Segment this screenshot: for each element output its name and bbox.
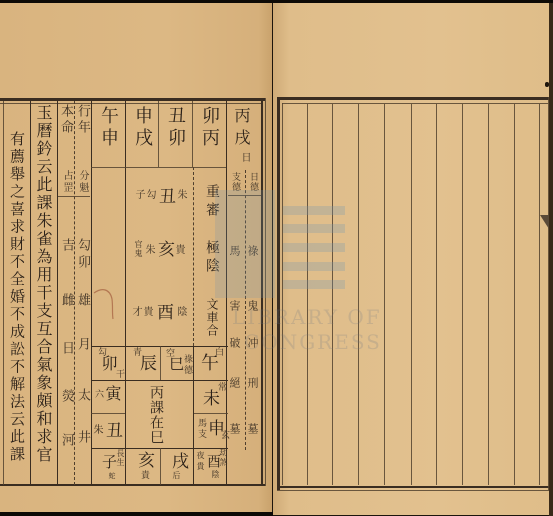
plate-branch: 寅 <box>104 385 120 401</box>
day-label: 日 <box>239 152 249 162</box>
year-header: 行年 <box>76 104 89 136</box>
plate-center-text: 丙課在巳 <box>149 385 163 445</box>
watermark-stripe <box>283 243 345 252</box>
plate-note: 干 <box>114 369 123 378</box>
transmission-general: 朱 <box>175 189 185 199</box>
lesson-1: 卯丙 <box>200 106 218 150</box>
ruled-column-line <box>332 104 333 485</box>
header-row-bottom <box>91 167 226 168</box>
year-value: 勾卯 <box>76 238 89 272</box>
transmission-relation: 子 <box>133 189 143 199</box>
divider-header-4 <box>192 101 193 167</box>
left-frame-left <box>3 101 4 485</box>
plate-line-left-mid <box>91 413 125 414</box>
year-value: 井 <box>76 430 89 443</box>
plate-branch: 亥 <box>135 451 152 468</box>
transmission-mark: 朱 <box>143 244 153 254</box>
right-frame-top-inner <box>282 103 548 104</box>
watermark-stripe <box>283 280 345 289</box>
transmission-relation: 官鬼 <box>134 240 142 258</box>
scan-top-border <box>0 0 553 3</box>
next-page-edge <box>549 0 553 516</box>
plate-general: 陰 <box>211 470 219 478</box>
natal-value: 雌 <box>60 293 73 306</box>
plate-branch: 丑 <box>103 421 120 438</box>
transmission-branch: 酉 <box>154 303 171 320</box>
page-tear-mark <box>540 215 549 229</box>
ruled-column-line <box>358 104 359 485</box>
plate-line-right <box>193 346 194 485</box>
plate-general: 玄 <box>219 430 228 439</box>
plate-branch: 巳 <box>168 356 183 371</box>
ruled-column-line <box>436 104 437 485</box>
ink-stain <box>90 285 120 325</box>
right-frame-top <box>277 97 549 100</box>
year-value: 月 <box>76 337 89 350</box>
plate-branch: 未 <box>200 389 217 406</box>
lesson-pattern: 文車合 <box>206 298 218 337</box>
commentary-column-1: 有薦舉之喜求財不全婚不成訟不解法云此課 <box>9 131 24 464</box>
transmission-branch: 亥 <box>155 240 172 257</box>
scan-bottom-border <box>0 512 273 516</box>
divider-header-3 <box>158 101 159 167</box>
watermark-text-line1: LIBRARY OF <box>232 305 382 329</box>
commentary-column-2: 玉曆鈐云此課朱雀為用干支互合氣象頗和求官 <box>35 104 51 464</box>
right-frame-bottom-outer <box>277 490 549 491</box>
natal-value: 日 <box>60 341 73 354</box>
right-frame-bottom <box>277 486 549 488</box>
watermark-text-line2: CONGRESS <box>244 330 382 354</box>
watermark-stripe <box>283 262 345 271</box>
transmission-mark: 勾 <box>144 189 154 199</box>
divider-middle <box>193 167 194 346</box>
day-virtue-header: 日德 <box>248 172 257 192</box>
transmission-general: 貴 <box>173 244 183 254</box>
plate-line-row1 <box>91 380 228 381</box>
plate-general: 后 <box>172 471 180 479</box>
year-value: 雄 <box>76 293 89 306</box>
natal-header: 本命 <box>59 104 72 136</box>
plate-branch: 辰 <box>137 354 154 371</box>
natal-value: 熒 <box>60 389 73 402</box>
divider-col1 <box>30 101 31 485</box>
transmission-general: 陰 <box>175 306 185 316</box>
watermark-stripe <box>283 224 345 233</box>
right-frame-left-inner <box>282 103 283 485</box>
day-pillar: 丙戌 <box>233 107 249 151</box>
branch-virtue-header: 支德 <box>230 172 239 192</box>
plate-note-secondary: 劫煞 <box>219 448 227 468</box>
book-scan: 有薦舉之喜求財不全婚不成訟不解法云此課 玉曆鈐云此課朱雀為用干支互合氣象頗和求官… <box>0 0 553 516</box>
plate-branch: 午 <box>199 353 217 371</box>
year-value: 太 <box>76 388 89 401</box>
ruled-column-line <box>539 104 540 485</box>
transmission-mark: 貴 <box>141 306 151 316</box>
day-spirit: 墓 <box>247 423 258 434</box>
lesson-2: 丑卯 <box>166 106 184 150</box>
ruled-column-line <box>462 104 463 485</box>
ruled-column-line <box>411 104 412 485</box>
ruled-column-line <box>384 104 385 485</box>
divider-col2 <box>57 101 58 485</box>
transmission-branch: 丑 <box>156 187 173 204</box>
watermark-canton <box>215 190 275 298</box>
plate-line-right-mid <box>193 413 228 414</box>
right-frame-left <box>277 97 280 490</box>
ruled-column-line <box>488 104 489 485</box>
natal-header-underline <box>58 196 90 197</box>
plate-general: 貴 <box>139 470 148 479</box>
natal-value: 吉 <box>60 238 73 251</box>
year-value: 分魁 <box>77 170 87 194</box>
plate-note: 長生 <box>116 449 124 467</box>
day-spirit: 刑 <box>247 377 258 388</box>
natal-value: 河 <box>60 433 73 446</box>
plate-general: 朱 <box>91 424 101 434</box>
plate-branch: 戌 <box>169 452 186 469</box>
lesson-3: 申戌 <box>133 106 151 150</box>
ruled-column-line <box>307 104 308 485</box>
plate-line-bottom-mid <box>160 448 161 485</box>
natal-value: 占罡 <box>61 170 71 194</box>
watermark-stripe <box>283 206 345 215</box>
divider-col4 <box>125 101 126 485</box>
branch-spirit: 絕 <box>229 377 240 388</box>
branch-spirit: 破 <box>229 337 240 348</box>
plate-note: 祿德 <box>182 354 191 376</box>
lesson-4: 午申 <box>99 106 117 150</box>
plate-branch: 酉 <box>206 454 220 468</box>
plate-note: 夜貴 <box>196 451 204 473</box>
transmission-relation: 才 <box>130 306 140 316</box>
plate-line-top-mid <box>160 346 161 380</box>
branch-spirit: 墓 <box>229 423 240 434</box>
ruled-column-line <box>514 104 515 485</box>
plate-branch: 子 <box>101 454 116 469</box>
plate-general: 蛇 <box>108 472 115 479</box>
plate-general: 六 <box>93 389 102 398</box>
